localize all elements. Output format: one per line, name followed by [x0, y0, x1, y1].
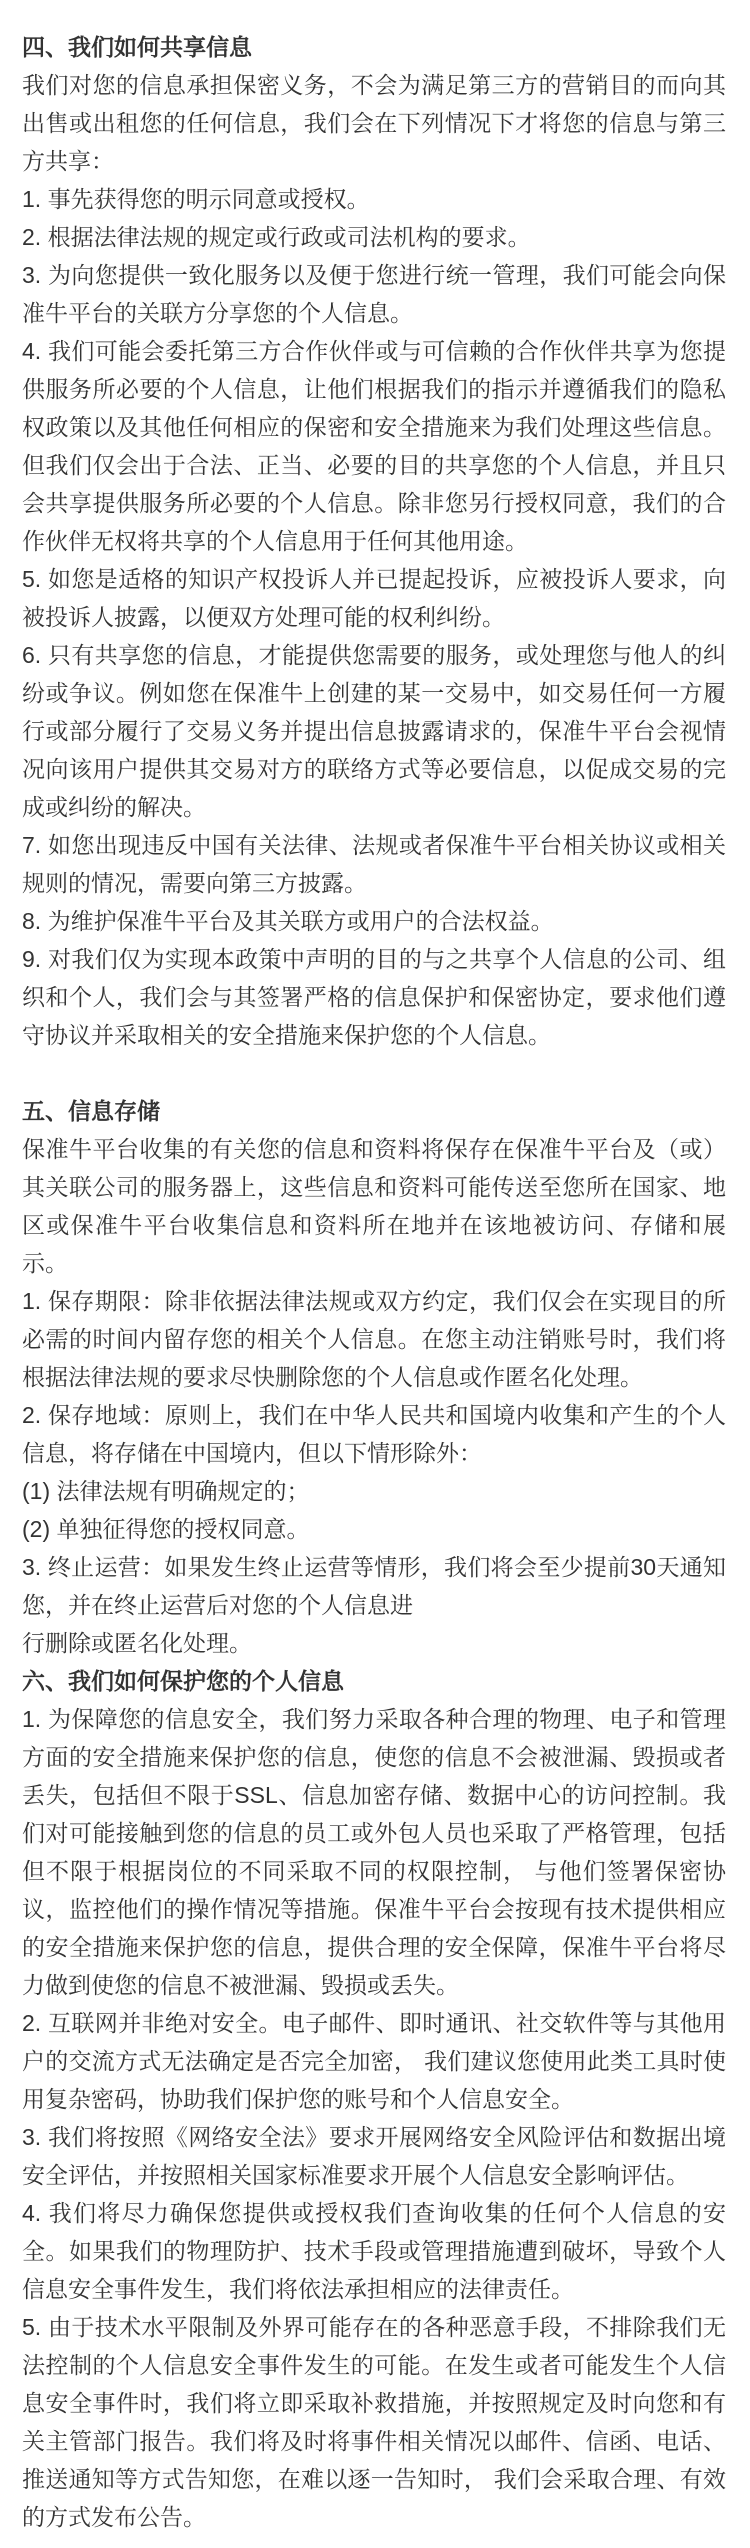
- policy-paragraph: 5. 如您是适格的知识产权投诉人并已提起投诉，应被投诉人要求，向被投诉人披露，以…: [22, 560, 726, 636]
- policy-paragraph: 1. 为保障您的信息安全，我们努力采取各种合理的物理、电子和管理方面的安全措施来…: [22, 1700, 726, 2004]
- policy-paragraph: 4. 我们可能会委托第三方合作伙伴或与可信赖的合作伙伴共享为您提供服务所必要的个…: [22, 332, 726, 560]
- policy-paragraph: 3. 终止运营：如果发生终止运营等情形，我们将会至少提前30天通知您，并在终止运…: [22, 1548, 726, 1624]
- policy-paragraph: 2. 保存地域：原则上，我们在中华人民共和国境内收集和产生的个人信息，将存储在中…: [22, 1396, 726, 1472]
- policy-paragraph: 1. 事先获得您的明示同意或授权。: [22, 180, 726, 218]
- policy-paragraph: 7. 如您出现违反中国有关法律、法规或者保准牛平台相关协议或相关规则的情况，需要…: [22, 826, 726, 902]
- privacy-policy-document: 四、我们如何共享信息我们对您的信息承担保密义务，不会为满足第三方的营销目的而向其…: [0, 0, 750, 2548]
- policy-paragraph: 3. 为向您提供一致化服务以及便于您进行统一管理，我们可能会向保准牛平台的关联方…: [22, 256, 726, 332]
- policy-paragraph: (2) 单独征得您的授权同意。: [22, 1510, 726, 1548]
- policy-paragraph: 2. 根据法律法规的规定或行政或司法机构的要求。: [22, 218, 726, 256]
- policy-paragraph: 3. 我们将按照《网络安全法》要求开展网络安全风险评估和数据出境安全评估，并按照…: [22, 2118, 726, 2194]
- policy-paragraph: 1. 保存期限：除非依据法律法规或双方约定，我们仅会在实现目的所必需的时间内留存…: [22, 1282, 726, 1396]
- policy-paragraph: 9. 对我们仅为实现本政策中声明的目的与之共享个人信息的公司、组织和个人，我们会…: [22, 940, 726, 1054]
- policy-paragraph: 6. 只有共享您的信息，才能提供您需要的服务，或处理您与他人的纠纷或争议。例如您…: [22, 636, 726, 826]
- policy-sections: 四、我们如何共享信息我们对您的信息承担保密义务，不会为满足第三方的营销目的而向其…: [22, 28, 726, 2536]
- section-heading-2: 五、信息存储: [22, 1092, 726, 1130]
- policy-paragraph: 我们对您的信息承担保密义务，不会为满足第三方的营销目的而向其出售或出租您的任何信…: [22, 66, 726, 180]
- policy-paragraph: 2. 互联网并非绝对安全。电子邮件、即时通讯、社交软件等与其他用户的交流方式无法…: [22, 2004, 726, 2118]
- section-heading-1: 四、我们如何共享信息: [22, 28, 726, 66]
- policy-paragraph: (1) 法律法规有明确规定的；: [22, 1472, 726, 1510]
- policy-paragraph: 行删除或匿名化处理。: [22, 1624, 726, 1662]
- policy-paragraph: 保准牛平台收集的有关您的信息和资料将保存在保准牛平台及（或）其关联公司的服务器上…: [22, 1130, 726, 1282]
- policy-paragraph: 4. 我们将尽力确保您提供或授权我们查询收集的任何个人信息的安全。如果我们的物理…: [22, 2194, 726, 2308]
- section-heading-3: 六、我们如何保护您的个人信息: [22, 1662, 726, 1700]
- policy-paragraph: 8. 为维护保准牛平台及其关联方或用户的合法权益。: [22, 902, 726, 940]
